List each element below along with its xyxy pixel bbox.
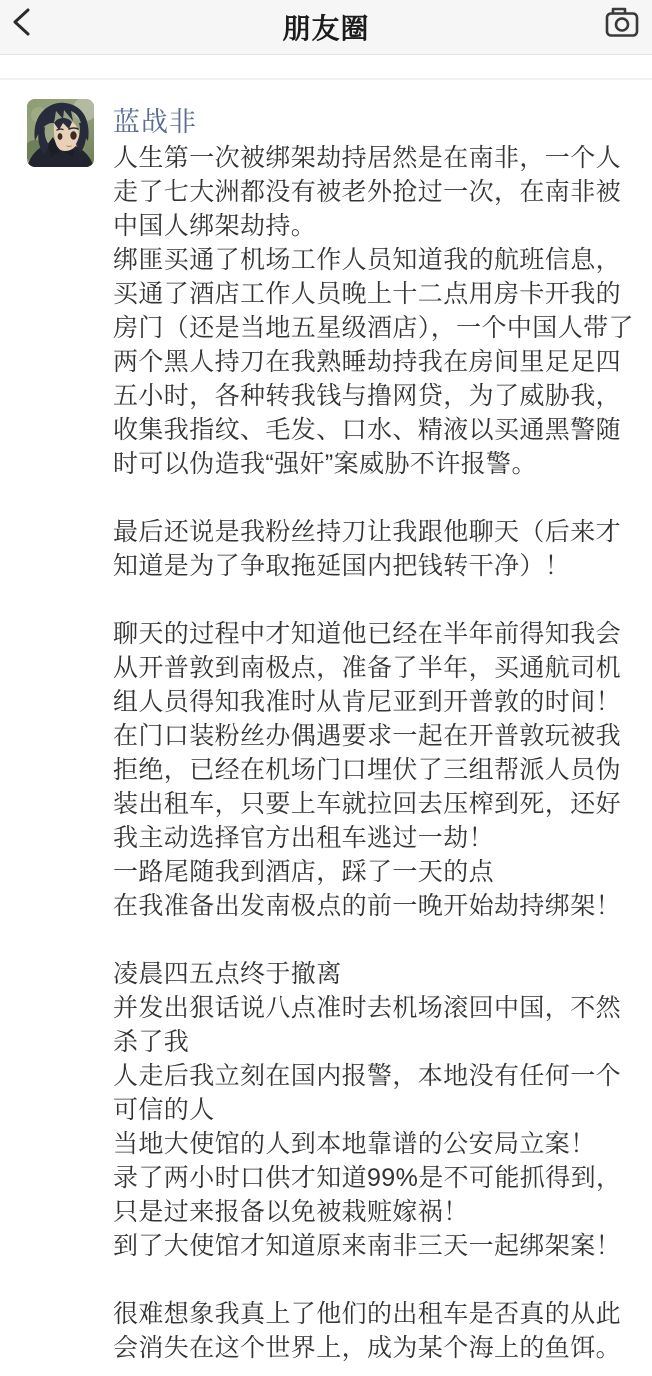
page-title: 朋友圈 bbox=[0, 7, 652, 47]
divider bbox=[0, 78, 652, 80]
nav-bar: 朋友圈 bbox=[0, 0, 652, 55]
avatar[interactable] bbox=[27, 99, 94, 167]
author-name[interactable]: 蓝战非 bbox=[113, 100, 197, 139]
camera-icon[interactable] bbox=[604, 5, 640, 39]
post-content: 人生第一次被绑架劫持居然是在南非，一个人 走了七大洲都没有被老外抢过一次，在南非… bbox=[113, 141, 647, 1365]
avatar-illustration bbox=[27, 99, 94, 167]
